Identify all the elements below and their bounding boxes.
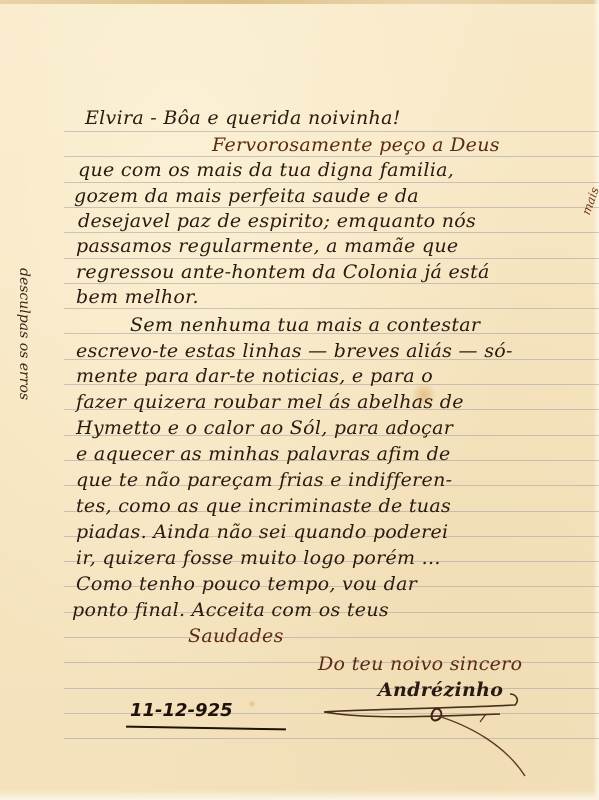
ruled-line [64, 131, 599, 132]
body-line: fazer quizera roubar mel ás abelhas de [76, 390, 464, 414]
paper-top-edge [0, 0, 599, 4]
body-line: que com os mais da tua digna familia, [78, 158, 454, 182]
letter-page: desculpas os erros mais Elvira - Bôa e q… [0, 0, 599, 800]
ruled-line [64, 637, 599, 638]
closing-saudades: Saudades [188, 624, 284, 648]
body-line: passamos regularmente, a mamãe que [76, 234, 458, 258]
ruled-line [64, 258, 599, 259]
body-line: tes, como as que incriminaste de tuas [76, 494, 451, 518]
body-line: escrevo-te estas linhas — breves aliás —… [76, 339, 513, 363]
body-line: Como tenho pouco tempo, vou dar [76, 572, 417, 596]
letter-date: 11-12-925 [130, 700, 233, 721]
body-line: que te não pareçam frias e indifferen- [76, 468, 452, 492]
body-line: regressou ante-hontem da Colonia já está [76, 260, 490, 284]
ruled-line [64, 182, 599, 183]
body-line: e aquecer as minhas palavras afim de [76, 442, 451, 466]
body-line: ponto final. Acceita com os teus [72, 598, 389, 622]
body-line: bem melhor. [76, 285, 199, 309]
signature-flourish [310, 690, 570, 790]
ruled-line [64, 688, 599, 689]
closing-line: Do teu noivo sincero [318, 652, 522, 676]
paper-right-edge [593, 0, 599, 800]
body-line: gozem da mais perfeita saude e da [74, 184, 419, 208]
body-line: piadas. Ainda não sei quando poderei [76, 520, 448, 544]
paper-bottom-edge [0, 790, 599, 800]
body-line: desejavel paz de espirito; emquanto nós [78, 209, 476, 233]
date-underline [126, 726, 286, 731]
paper-stain [248, 700, 256, 708]
body-line: mente para dar-te noticias, e para o [76, 364, 433, 388]
margin-note: desculpas os erros [16, 268, 32, 400]
body-line: Sem nenhuma tua mais a contestar [130, 313, 480, 337]
body-line: ir, quizera fosse muito logo porém ... [76, 546, 441, 570]
body-line: Hymetto e o calor ao Sól, para adoçar [76, 416, 453, 440]
salutation: Elvira - Bôa e querida noivinha! [85, 106, 401, 130]
body-line: Fervorosamente peço a Deus [212, 133, 500, 157]
